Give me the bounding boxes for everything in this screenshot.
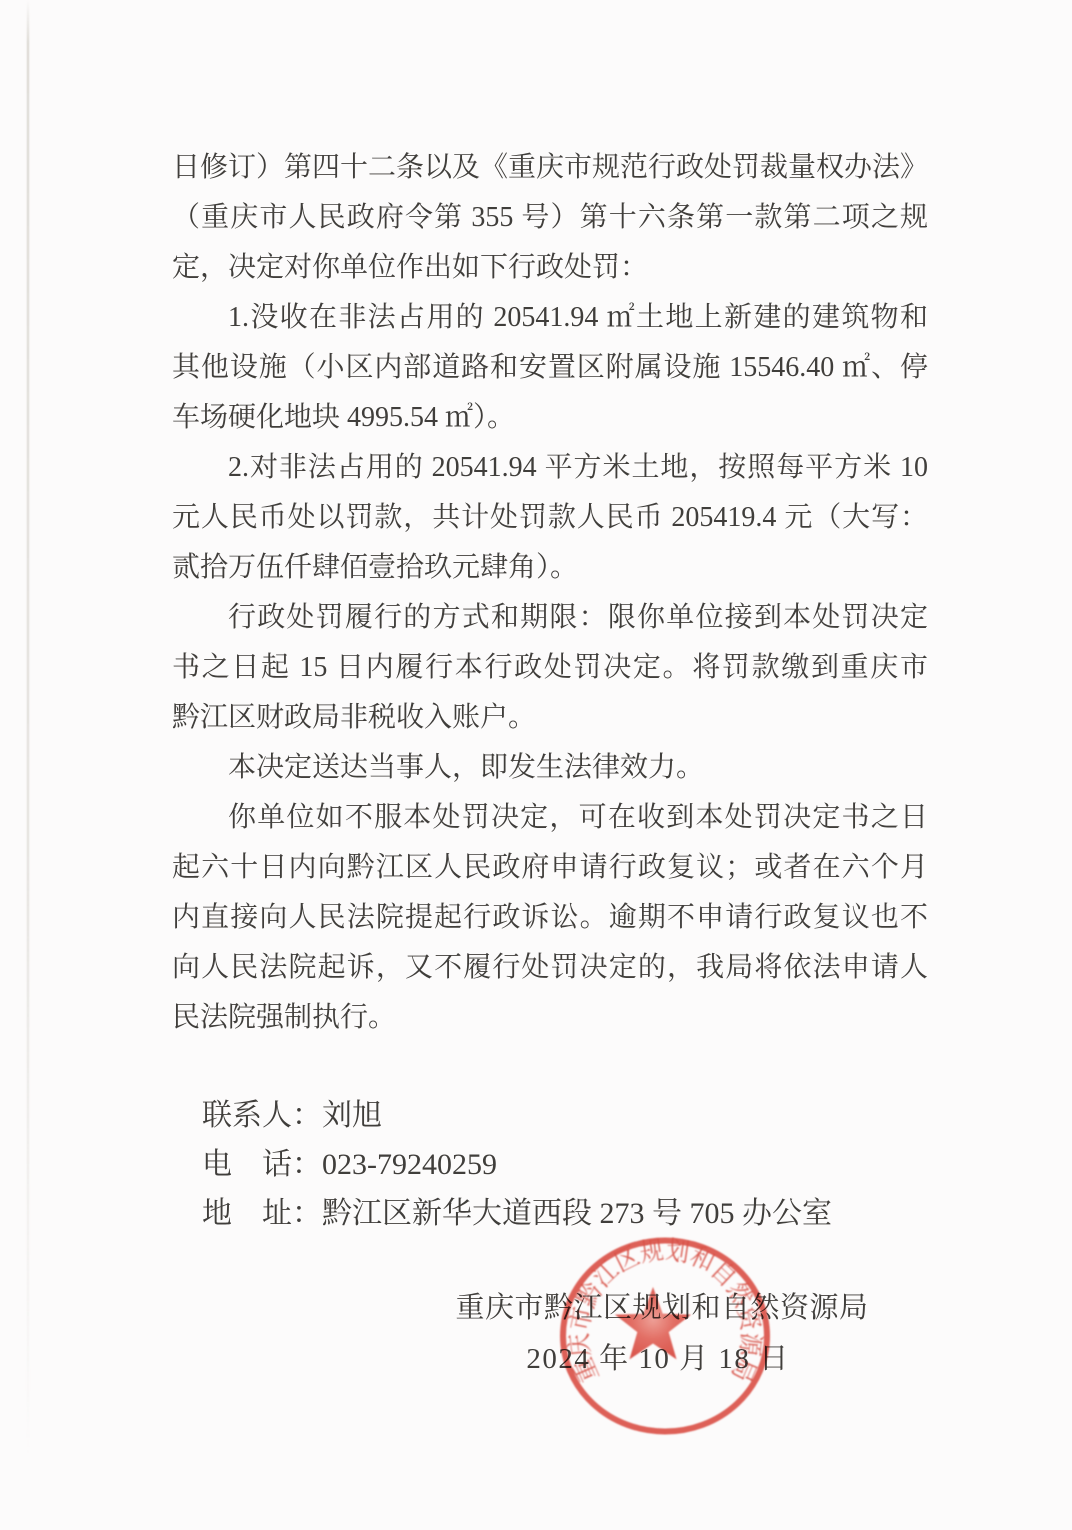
paragraph: 1.没收在非法占用的 20541.94 ㎡土地上新建的建筑物和其他设施（小区内部… <box>172 293 928 443</box>
contact-person-row: 联系人：刘旭 <box>202 1091 832 1140</box>
text-line: 2.对非法占用的 20541.94 平方米土地，按照每平方米 10 <box>172 443 928 493</box>
star-icon <box>615 1287 691 1359</box>
text-line: 日修订）第四十二条以及《重庆市规范行政处罚裁量权办法》 <box>172 143 928 193</box>
paragraph: 2.对非法占用的 20541.94 平方米土地，按照每平方米 10元人民币处以罚… <box>172 443 928 593</box>
paragraph: 本决定送达当事人，即发生法律效力。 <box>172 743 928 793</box>
contact-phone-value: 023-79240259 <box>322 1148 497 1181</box>
text-line: 元人民币处以罚款，共计处罚款人民币 205419.4 元（大写： <box>172 493 928 543</box>
official-seal-stamp: 重庆市黔江区规划和自然资源局 <box>550 1221 780 1451</box>
decision-body: 日修订）第四十二条以及《重庆市规范行政处罚裁量权办法》（重庆市人民政府令第 35… <box>172 143 928 1043</box>
text-line: 民法院强制执行。 <box>172 993 928 1043</box>
text-line: 内直接向人民法院提起行政诉讼。逾期不申请行政复议也不 <box>172 893 928 943</box>
contact-block: 联系人：刘旭 电 话：023-79240259 地 址：黔江区新华大道西段 27… <box>202 1091 832 1238</box>
seal-organization-text: 重庆市黔江区规划和自然资源局 <box>564 1235 765 1386</box>
svg-text:重庆市黔江区规划和自然资源局: 重庆市黔江区规划和自然资源局 <box>564 1235 765 1386</box>
text-line: 起六十日内向黔江区人民政府申请行政复议；或者在六个月 <box>172 843 928 893</box>
contact-phone-label: 电 话： <box>202 1148 322 1181</box>
text-line: 1.没收在非法占用的 20541.94 ㎡土地上新建的建筑物和 <box>172 293 928 343</box>
text-line: 行政处罚履行的方式和期限：限你单位接到本处罚决定 <box>172 593 928 643</box>
text-line: 其他设施（小区内部道路和安置区附属设施 15546.40 ㎡、停 <box>172 343 928 393</box>
text-line: 本决定送达当事人，即发生法律效力。 <box>172 743 928 793</box>
paragraph: 你单位如不服本处罚决定，可在收到本处罚决定书之日起六十日内向黔江区人民政府申请行… <box>172 793 928 1043</box>
text-line: 向人民法院起诉，又不履行处罚决定的，我局将依法申请人 <box>172 943 928 993</box>
document-page: 日修订）第四十二条以及《重庆市规范行政处罚裁量权办法》（重庆市人民政府令第 35… <box>0 0 1072 1530</box>
contact-person-label: 联系人： <box>202 1099 322 1132</box>
paragraph: 日修订）第四十二条以及《重庆市规范行政处罚裁量权办法》（重庆市人民政府令第 35… <box>172 143 928 293</box>
text-line: 车场硬化地块 4995.54 ㎡）。 <box>172 393 928 443</box>
contact-address-label: 地 址： <box>202 1197 322 1230</box>
text-line: 定，决定对你单位作出如下行政处罚： <box>172 243 928 293</box>
text-line: （重庆市人民政府令第 355 号）第十六条第一款第二项之规 <box>172 193 928 243</box>
contact-phone-row: 电 话：023-79240259 <box>202 1140 832 1189</box>
contact-person-value: 刘旭 <box>322 1099 382 1132</box>
text-line: 你单位如不服本处罚决定，可在收到本处罚决定书之日 <box>172 793 928 843</box>
text-line: 贰拾万伍仟肆佰壹拾玖元肆角）。 <box>172 543 928 593</box>
text-line: 书之日起 15 日内履行本行政处罚决定。将罚款缴到重庆市 <box>172 643 928 693</box>
scan-edge-line <box>27 0 29 1455</box>
text-line: 黔江区财政局非税收入账户。 <box>172 693 928 743</box>
paragraph: 行政处罚履行的方式和期限：限你单位接到本处罚决定书之日起 15 日内履行本行政处… <box>172 593 928 743</box>
